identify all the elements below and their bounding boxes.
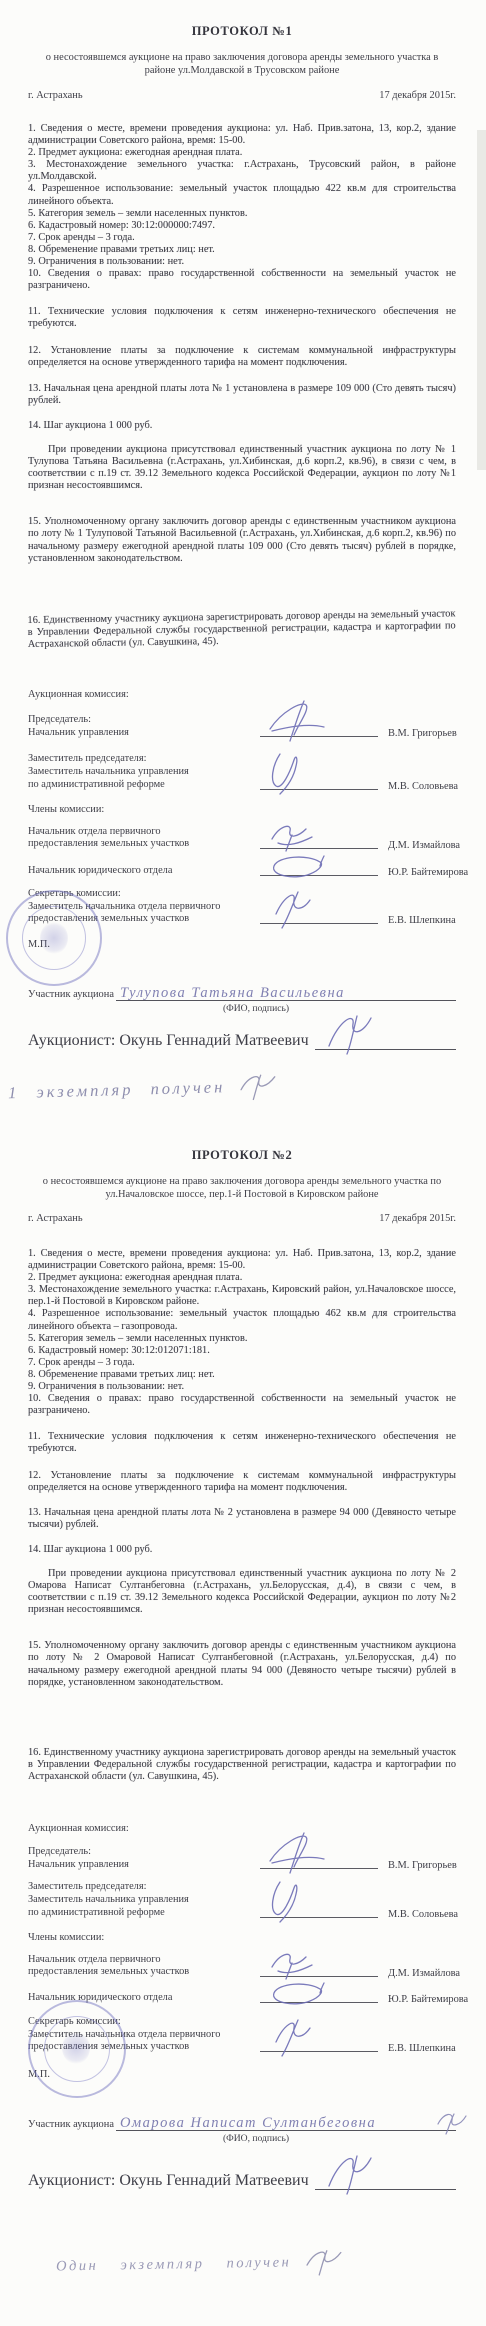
signature-grigoryev xyxy=(268,699,332,743)
participant-label: Участник аукциона xyxy=(28,2119,114,2131)
list-item: 9. Ограничения в пользовании: нет. xyxy=(28,256,456,268)
list-item: 6. Кадастровый номер: 30:12:012071:181. xyxy=(28,1345,456,1357)
commission-name: М.В. Соловьева xyxy=(388,1909,458,1920)
commission-role: Председатель: Начальник управления xyxy=(28,1846,260,1871)
paragraph-14: 14. Шаг аукциона 1 000 руб. xyxy=(28,1544,456,1556)
commission-row-chair: Председатель: Начальник управления В.М. … xyxy=(28,714,456,739)
list-item: 7. Срок аренды – 3 года. xyxy=(28,232,456,244)
protocol-1-subtitle: о несостоявшемся аукционе на право заклю… xyxy=(42,51,442,77)
official-round-stamp xyxy=(28,2000,126,2098)
city-label: г. Астрахань xyxy=(28,90,83,101)
paragraph-12: 12. Установление платы за подключение к … xyxy=(28,1470,456,1494)
commission-row-member2: Начальник юридического отдела Ю.Р. Байте… xyxy=(28,863,456,878)
paragraph-12: 12. Установление платы за подключение к … xyxy=(28,345,456,369)
auctioneer-signature-line xyxy=(315,1035,456,1050)
commission-heading: Аукционная комиссия: xyxy=(28,1823,456,1834)
participant-signature-line: Тулупова Татьяна Васильевна xyxy=(116,980,456,1001)
list-item: 1. Сведения о месте, времени проведения … xyxy=(28,1248,456,1272)
signature-solovyova xyxy=(268,1880,308,1924)
signature-line xyxy=(260,1905,378,1918)
signature-okun xyxy=(323,1012,375,1056)
paragraph-13: 13. Начальная цена арендной платы лота №… xyxy=(28,383,456,407)
paragraph-15: 15. Уполномоченному органу заключить дог… xyxy=(28,516,456,564)
commission-name: Ю.Р. Байтемирова xyxy=(388,1994,468,2005)
commission-name: Д.М. Измайлова xyxy=(388,840,460,851)
participant-label: Участник аукциона xyxy=(28,989,114,1001)
commission-row-member1: Начальник отдела первичного предоставлен… xyxy=(28,826,456,851)
auctioneer-row: Аукционист: Окунь Геннадий Матвеевич xyxy=(28,1032,456,1050)
signature-izmaylova xyxy=(268,821,316,855)
auctioneer-label: Аукционист: Окунь Геннадий Матвеевич xyxy=(28,1032,309,1050)
paragraph-15: 15. Уполномоченному органу заключить дог… xyxy=(28,1640,456,1688)
signature-shlepkina xyxy=(268,888,314,930)
auction-details-list: 1. Сведения о месте, времени проведения … xyxy=(28,1248,456,1417)
scanned-page: ПРОТОКОЛ №1 о несостоявшемся аукционе на… xyxy=(0,0,486,2326)
auctioneer-signature-line xyxy=(315,2175,456,2190)
official-round-stamp xyxy=(6,890,102,986)
signature-izmaylova xyxy=(268,1949,316,1983)
signature-line xyxy=(260,836,378,849)
list-item: 8. Обременение правами третьих лиц: нет. xyxy=(28,1369,456,1381)
signature-line xyxy=(260,1990,378,2003)
note-signature xyxy=(239,1071,282,1102)
commission-name: М.В. Соловьева xyxy=(388,781,458,792)
paragraph-16: 16. Единственному участнику аукциона зар… xyxy=(27,608,456,651)
commission-name: Е.В. Шлепкина xyxy=(388,915,456,926)
protocol-1: ПРОТОКОЛ №1 о несостоявшемся аукционе на… xyxy=(0,0,486,1102)
protocol-2: ПРОТОКОЛ №2 о несостоявшемся аукционе на… xyxy=(0,1128,486,2278)
list-item: 10. Сведения о правах: право государстве… xyxy=(28,268,456,292)
list-item: 9. Ограничения в пользовании: нет. xyxy=(28,1381,456,1393)
paragraph-11: 11. Технические условия подключения к се… xyxy=(28,1431,456,1455)
list-item: 5. Категория земель – земли населенных п… xyxy=(28,1333,456,1345)
paragraph-11: 11. Технические условия подключения к се… xyxy=(28,306,456,330)
date-label: 17 декабря 2015г. xyxy=(379,90,456,101)
list-item: 8. Обременение правами третьих лиц: нет. xyxy=(28,244,456,256)
commission-name: Ю.Р. Байтемирова xyxy=(388,867,468,878)
city-label: г. Астрахань xyxy=(28,1213,83,1224)
protocol-1-title: ПРОТОКОЛ №1 xyxy=(28,24,456,39)
participant-name-handwritten: Омарова Написат Султанбеговна xyxy=(120,2115,376,2132)
commission-role: Начальник отдела первичного предоставлен… xyxy=(28,826,260,851)
commission-members-heading: Члены комиссии: xyxy=(28,804,456,815)
commission-role: Заместитель председателя: Заместитель на… xyxy=(28,1881,260,1919)
list-item: 2. Предмет аукциона: ежегодная арендная … xyxy=(28,1272,456,1284)
list-item: 2. Предмет аукциона: ежегодная арендная … xyxy=(28,147,456,159)
commission-role: Начальник отдела первичного предоставлен… xyxy=(28,1954,260,1979)
paragraph-13: 13. Начальная цена арендной платы лота №… xyxy=(28,1507,456,1531)
auction-details-list: 1. Сведения о месте, времени проведения … xyxy=(28,123,456,292)
signature-line xyxy=(260,863,378,876)
list-item: 3. Местонахождение земельного участка: г… xyxy=(28,1284,456,1308)
list-item: 10. Сведения о правах: право государстве… xyxy=(28,1393,456,1417)
list-item: 4. Разрешенное использование: земельный … xyxy=(28,183,456,207)
participant-signature-line: Омарова Написат Султанбеговна xyxy=(116,2110,456,2131)
commission-name: В.М. Григорьев xyxy=(388,728,457,739)
commission-row-vice: Заместитель председателя: Заместитель на… xyxy=(28,1881,456,1919)
paragraph-16: 16. Единственному участнику аукциона зар… xyxy=(28,1747,456,1783)
list-item: 6. Кадастровый номер: 30:12:000000:7497. xyxy=(28,220,456,232)
list-item: 4. Разрешенное использование: земельный … xyxy=(28,1308,456,1332)
commission-name: В.М. Григорьев xyxy=(388,1860,457,1871)
date-label: 17 декабря 2015г. xyxy=(379,1213,456,1224)
signature-line xyxy=(260,2039,378,2052)
commission-name: Д.М. Измайлова xyxy=(388,1968,460,1979)
commission-name: Е.В. Шлепкина xyxy=(388,2043,456,2054)
signature-okun xyxy=(323,2152,375,2196)
list-item: 7. Срок аренды – 3 года. xyxy=(28,1357,456,1369)
signature-shlepkina xyxy=(268,2016,314,2058)
commission-row-chair: Председатель: Начальник управления В.М. … xyxy=(28,1846,456,1871)
signature-line xyxy=(260,1964,378,1977)
commission-role: Заместитель председателя: Заместитель на… xyxy=(28,753,260,791)
participant-name-handwritten: Тулупова Татьяна Васильевна xyxy=(120,985,345,1002)
signature-line xyxy=(260,911,378,924)
signature-solovyova xyxy=(268,752,308,796)
auctioneer-label: Аукционист: Окунь Геннадий Матвеевич xyxy=(28,2172,309,2190)
signature-line xyxy=(260,777,378,790)
commission-role: Начальник юридического отдела xyxy=(28,865,260,878)
signature-line xyxy=(260,1856,378,1869)
participant-row: Участник аукциона Омарова Написат Султан… xyxy=(28,2110,456,2131)
fio-caption: (ФИО, подпись) xyxy=(156,2133,356,2144)
signature-baytemirova xyxy=(268,1979,328,2009)
note-signature xyxy=(305,2246,348,2277)
paragraph-14: 14. Шаг аукциона 1 000 руб. xyxy=(28,420,456,432)
paragraph-presence: При проведении аукциона присутствовал ед… xyxy=(28,1568,456,1616)
signature-line xyxy=(260,724,378,737)
commission-row-member1: Начальник отдела первичного предоставлен… xyxy=(28,1954,456,1979)
handwritten-receipt-note: Один экземпляр получен xyxy=(56,2245,456,2282)
handwritten-receipt-note: 1 экземпляр получен xyxy=(8,1066,457,1108)
commission-members-heading: Члены комиссии: xyxy=(28,1932,456,1943)
commission-row-vice: Заместитель председателя: Заместитель на… xyxy=(28,753,456,791)
protocol-2-subtitle: о несостоявшемся аукционе на право заклю… xyxy=(42,1175,442,1201)
list-item: 3. Местонахождение земельного участка: г… xyxy=(28,159,456,183)
signature-grigoryev xyxy=(268,1831,332,1875)
commission-heading: Аукционная комиссия: xyxy=(28,689,456,700)
list-item: 5. Категория земель – земли населенных п… xyxy=(28,208,456,220)
list-item: 1. Сведения о месте, времени проведения … xyxy=(28,123,456,147)
protocol-2-title: ПРОТОКОЛ №2 xyxy=(28,1148,456,1163)
paragraph-presence: При проведении аукциона присутствовал ед… xyxy=(28,444,456,492)
auctioneer-row: Аукционист: Окунь Геннадий Матвеевич xyxy=(28,2172,456,2190)
signature-baytemirova xyxy=(268,852,328,882)
participant-signature xyxy=(436,2110,470,2134)
commission-role: Председатель: Начальник управления xyxy=(28,714,260,739)
participant-row: Участник аукциона Тулупова Татьяна Васил… xyxy=(28,980,456,1001)
